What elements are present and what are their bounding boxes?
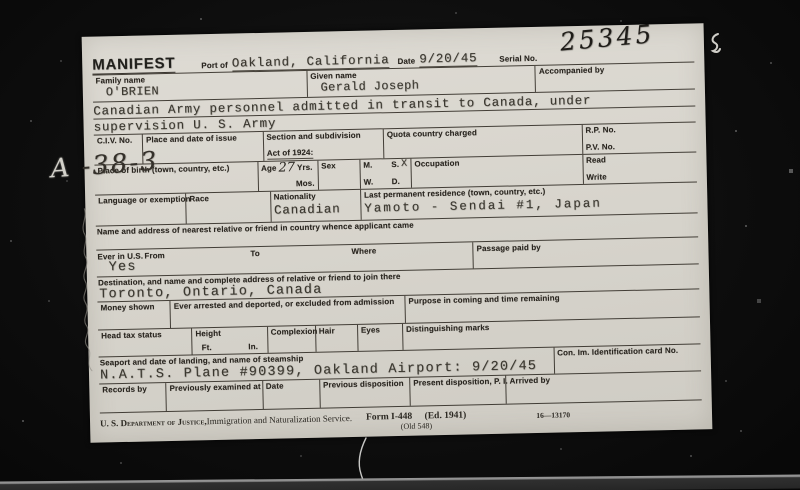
accompanied-by-cell: Accompanied by — [535, 62, 695, 91]
widowed-label: W. — [364, 178, 374, 188]
place-date-issue-cell: Place and date of issue — [142, 132, 263, 164]
write-label: Write — [586, 171, 694, 183]
read-label: Read — [586, 154, 694, 166]
married-label: M. — [363, 161, 372, 171]
pv-no-label: P.V. No. — [586, 141, 694, 153]
file-number-prefix: A — [49, 153, 72, 184]
department-text: U. S. Department of Justice, — [100, 416, 207, 429]
ever-in-us-value: Yes — [109, 261, 137, 275]
yrs-label: Yrs. — [297, 163, 313, 173]
date-label: Date — [397, 57, 415, 67]
records-by-cell: Records by — [99, 383, 166, 412]
previous-disposition-cell: Previous disposition — [319, 378, 410, 408]
feet-label: Ft. — [202, 343, 212, 353]
mos-label: Mos. — [296, 179, 315, 189]
head-tax-cell: Head tax status — [98, 329, 192, 357]
race-label: Race — [189, 193, 266, 205]
rp-pv-cell: R.P. No. P.V. No. — [581, 122, 696, 153]
single-mark: X — [401, 160, 408, 170]
previously-examined-label: Previously examined at — [169, 382, 259, 394]
to-label: To — [250, 249, 260, 259]
records-by-label: Records by — [102, 384, 162, 395]
section-subdivision-label: Section and subdivision — [266, 130, 380, 142]
print-code: 16—13170 — [536, 410, 570, 420]
port-label: Port of — [201, 61, 228, 72]
complexion-label: Complexion — [271, 327, 312, 338]
money-shown-cell: Money shown — [97, 301, 170, 330]
accompanied-by-label: Accompanied by — [539, 64, 692, 77]
inches-label: In. — [248, 342, 258, 352]
quota-country-label: Quota country charged — [387, 126, 579, 140]
nationality-cell: Nationality Canadian — [270, 190, 361, 222]
occupation-cell: Occupation — [410, 155, 582, 188]
hair-label: Hair — [319, 326, 354, 337]
form-i448: MANIFEST Port of Oakland, California Dat… — [92, 29, 702, 437]
previously-examined-cell: Previously examined at — [165, 381, 262, 411]
complexion-cell: Complexion — [267, 326, 316, 353]
arrested-label: Ever arrested and deported, or excluded … — [174, 297, 402, 312]
film-scratch — [352, 436, 374, 484]
hair-cell: Hair — [315, 325, 358, 352]
pencil-margin-note — [76, 205, 98, 375]
civ-no-label: C.I.V. No. — [97, 136, 139, 147]
quota-country-cell: Quota country charged — [383, 125, 582, 158]
arrived-by-label: Arrived by — [509, 372, 698, 386]
present-disposition-label: Present disposition, P. I. — [413, 377, 503, 389]
where-label: Where — [351, 246, 376, 257]
date-value: 9/20/45 — [419, 52, 477, 67]
nationality-label: Nationality — [274, 191, 357, 203]
scanner-bed-edge — [0, 474, 800, 490]
age-label: Age — [261, 164, 277, 174]
scanned-manifest-photo: A -38-3 MANIFEST Port of Oakland, Califo… — [0, 0, 800, 490]
language-label: Language or exemption — [98, 195, 182, 207]
language-cell: Language or exemption — [95, 194, 186, 226]
eyes-cell: Eyes — [357, 324, 403, 351]
act-1924-label: Act of 1924: — [267, 148, 314, 160]
from-label: From — [144, 251, 165, 261]
height-label: Height — [195, 328, 263, 339]
single-label: S. — [391, 160, 399, 170]
height-cell: Height Ft. In. — [191, 327, 267, 355]
given-name-value: Gerald Joseph — [320, 77, 532, 95]
scan-noise — [0, 0, 2, 2]
form-edition: (Ed. 1941) — [425, 411, 467, 422]
file-number-value: -38-3 — [80, 146, 159, 182]
form-title: MANIFEST — [92, 56, 175, 75]
eyes-label: Eyes — [361, 325, 399, 336]
arrived-by-cell: Arrived by — [505, 371, 701, 403]
nationality-value: Canadian — [274, 203, 358, 218]
sex-cell: Sex — [317, 160, 360, 190]
sex-label: Sex — [321, 161, 356, 172]
age-cell: Age 27 Yrs. Mos. — [257, 161, 318, 191]
passage-paid-cell: Passage paid by — [472, 237, 698, 268]
exam-date-cell: Date — [262, 380, 320, 409]
marital-status-cell: M. S. X W. D. — [359, 159, 411, 189]
given-name-cell: Given name Gerald Joseph — [306, 66, 535, 97]
divorced-label: D. — [392, 177, 400, 187]
read-write-cell: Read Write — [582, 152, 697, 183]
previous-disposition-label: Previous disposition — [323, 379, 406, 391]
present-disposition-cell: Present disposition, P. I. — [409, 376, 506, 406]
exam-date-label: Date — [266, 381, 316, 392]
head-tax-label: Head tax status — [101, 330, 188, 342]
arrested-cell: Ever arrested and deported, or excluded … — [170, 296, 405, 328]
passage-paid-label: Passage paid by — [476, 238, 695, 254]
con-im-label: Con. Im. Identification card No. — [557, 345, 698, 358]
service-text: Immigration and Naturalization Service. — [207, 413, 353, 427]
family-name-value: O'BRIEN — [106, 82, 304, 99]
place-date-issue-label: Place and date of issue — [146, 133, 260, 145]
manifest-card: A -38-3 MANIFEST Port of Oakland, Califo… — [82, 23, 713, 442]
con-im-cell: Con. Im. Identification card No. — [553, 344, 701, 373]
serial-number-handwritten: 25345 — [559, 19, 656, 57]
rp-no-label: R.P. No. — [585, 124, 693, 136]
ink-blot-mark — [708, 32, 724, 56]
form-number-block: Form I-448 (Ed. 1941) (Old 548) — [366, 411, 467, 432]
money-shown-label: Money shown — [100, 302, 166, 313]
serial-label: Serial No. — [499, 54, 537, 65]
age-value: 27 — [278, 162, 295, 173]
family-name-cell: Family name O'BRIEN — [92, 71, 306, 102]
race-cell: Race — [185, 192, 270, 224]
section-subdivision-cell: Section and subdivision Act of 1924: — [262, 129, 383, 161]
occupation-label: Occupation — [414, 156, 579, 170]
